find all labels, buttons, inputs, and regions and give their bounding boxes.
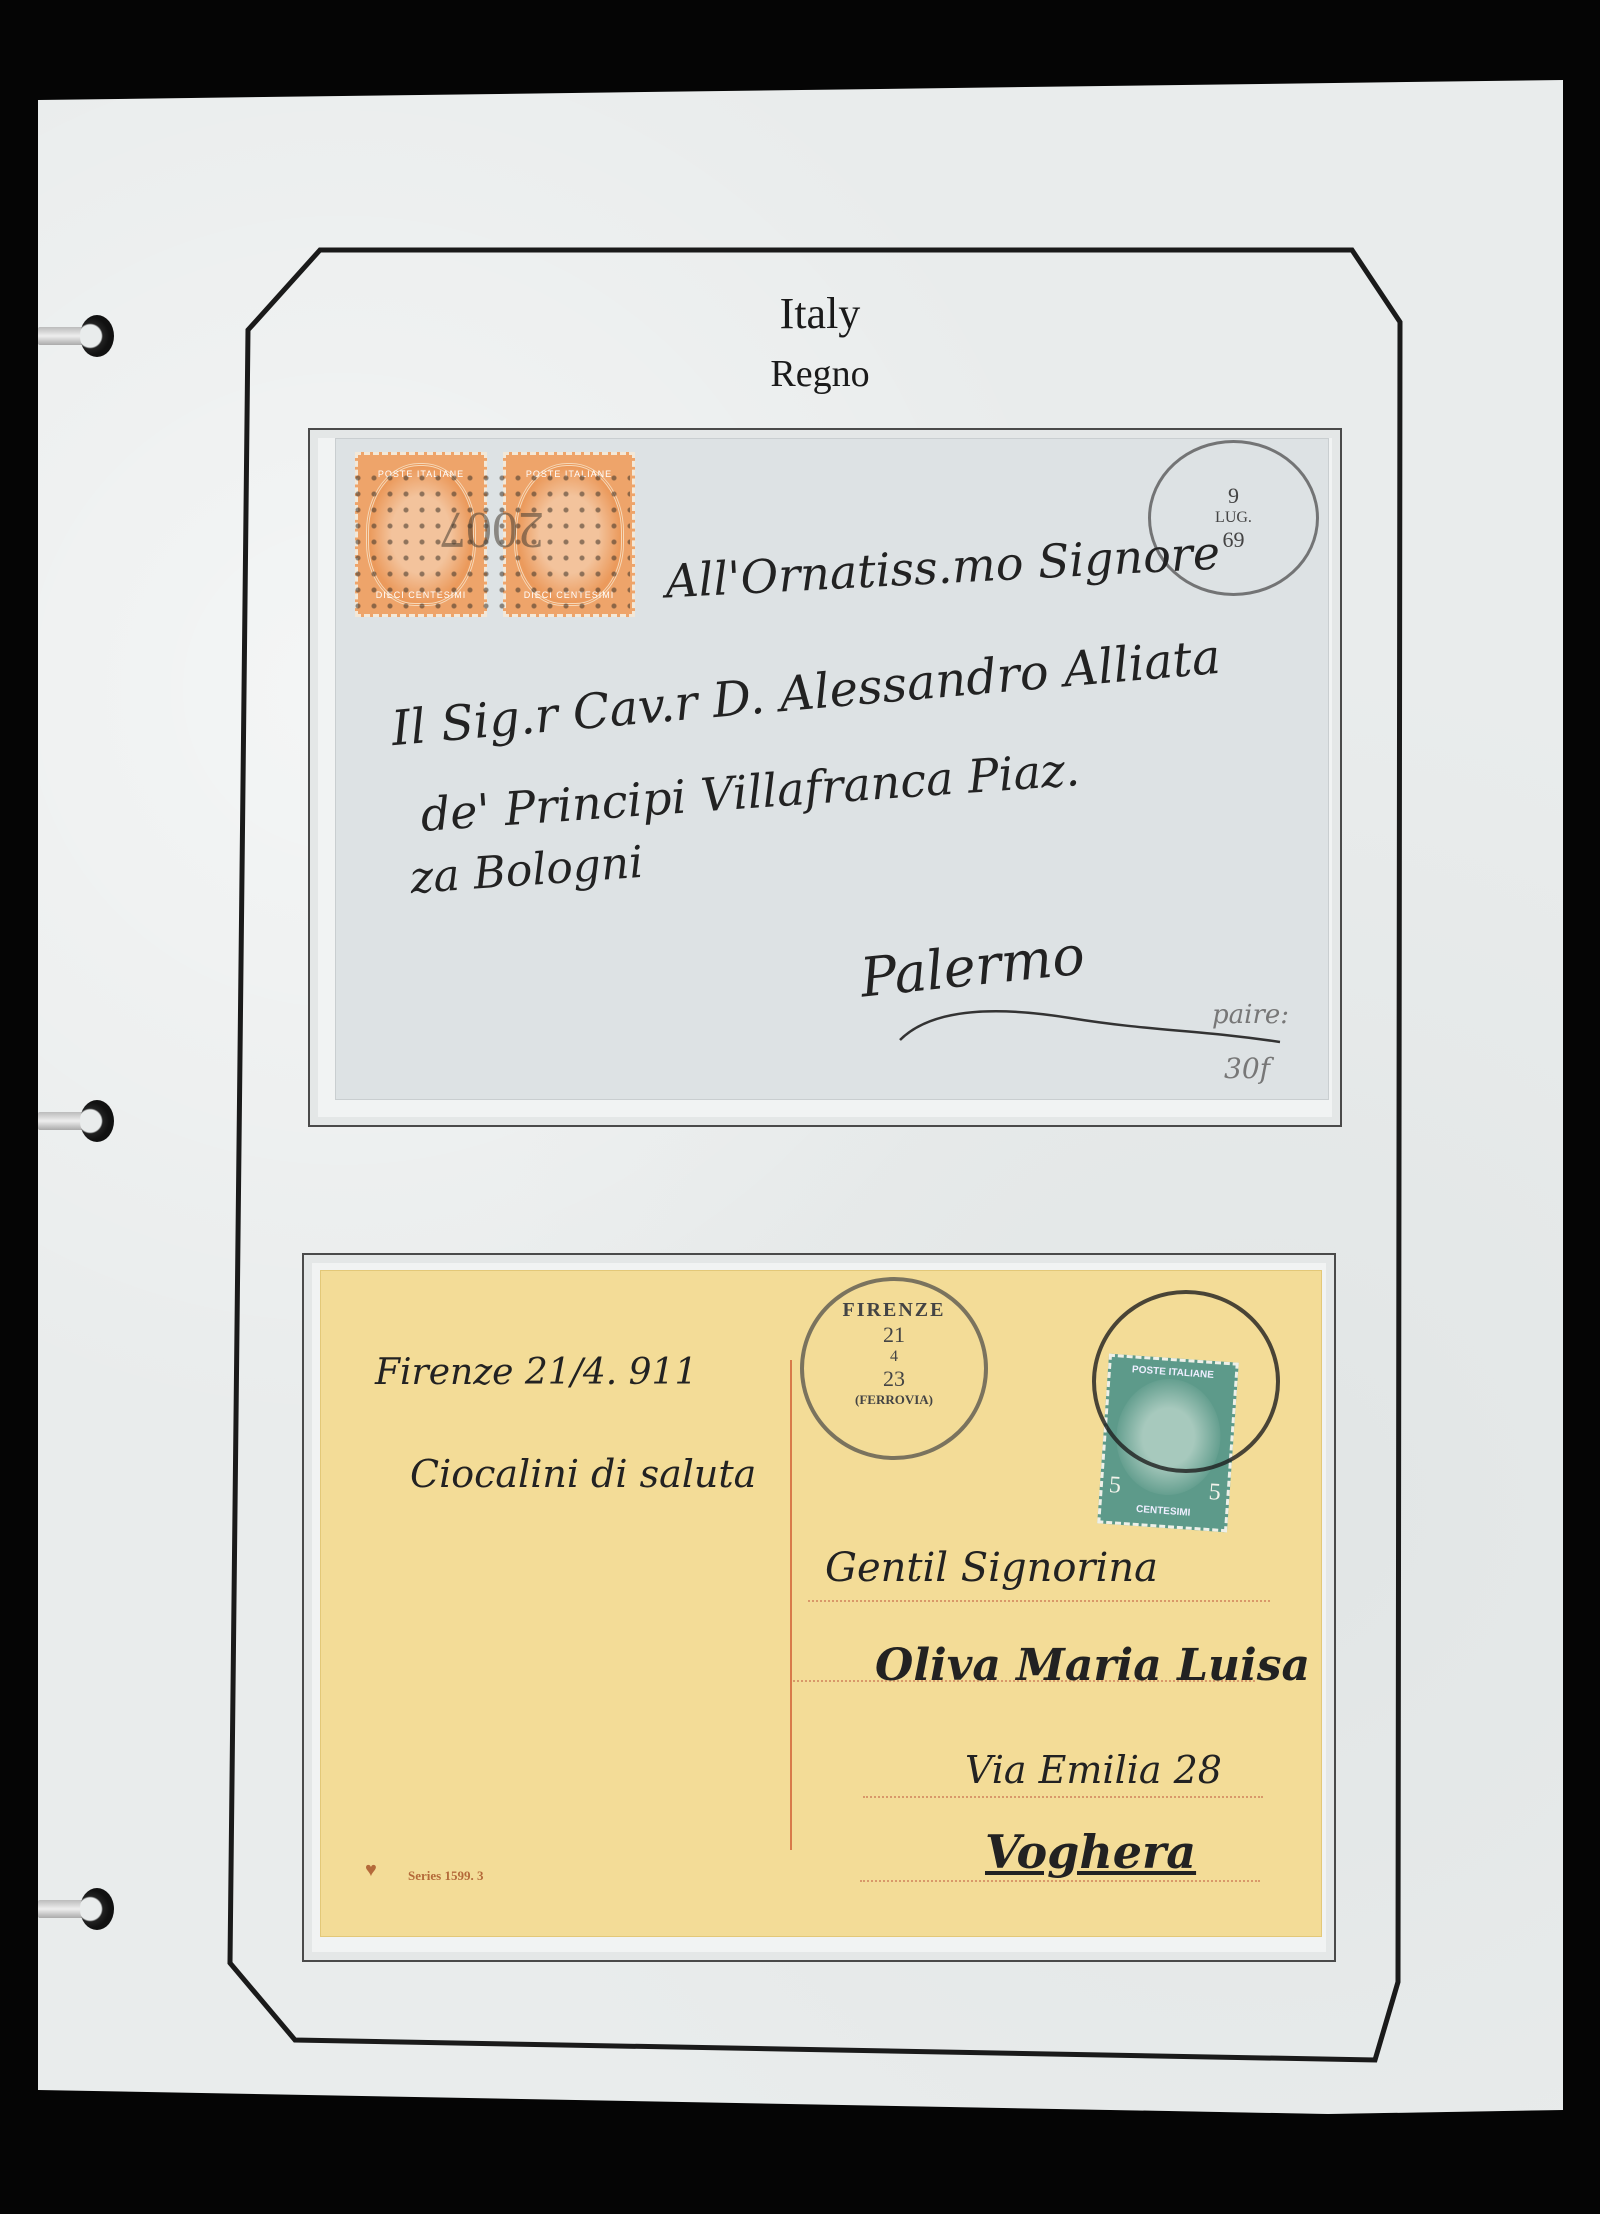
postcard-message-line-1: Firenze 21/4. 911 [375,1352,697,1393]
publisher-heart-logo-icon: ♥ [365,1860,385,1880]
postcard-address-line-4: Voghera [985,1825,1196,1879]
address-line-3 [863,1796,1263,1798]
postcard-message-line-2: Ciocalini di saluta [410,1452,756,1496]
numeral-cancel: 2007 [440,500,544,559]
pencil-note-pair: paire: [1212,1000,1289,1030]
stamp-tying-postmark [1092,1290,1280,1473]
publisher-series-mark: Series 1599. 3 [408,1868,483,1884]
address-line-4 [860,1880,1260,1882]
firenze-ferrovia-postmark: FIRENZE 21 4 23 (FERROVIA) [800,1277,988,1460]
address-line-1 [808,1600,1270,1602]
page-title: Italy [700,288,940,339]
postcard-address-line-1: Gentil Signorina [825,1545,1158,1591]
page-subtitle: Regno [700,352,940,396]
postcard-divider-line [790,1360,792,1850]
postcard-address-line-3: Via Emilia 28 [965,1748,1222,1792]
postcard-address-line-2: Oliva Maria Luisa [875,1640,1310,1691]
pencil-note-price: 30f [1224,1052,1270,1085]
